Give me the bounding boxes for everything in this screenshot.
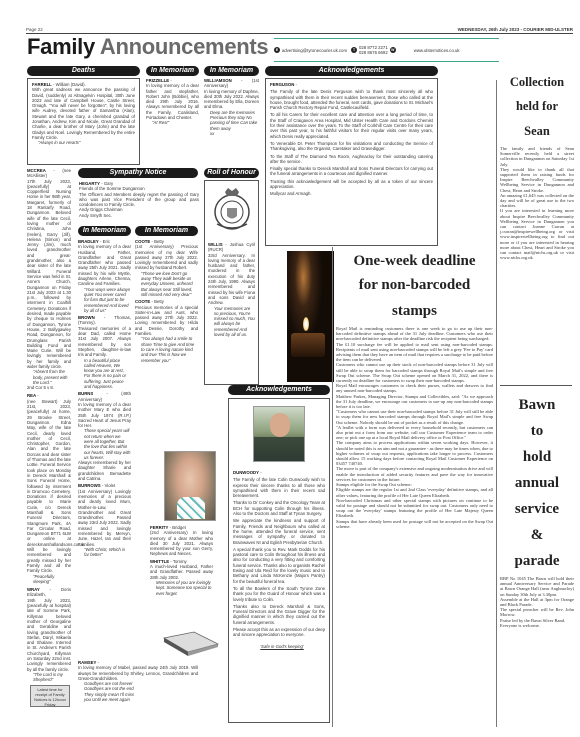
mccrea-verse: "Absent from the body, present with the … (27, 369, 71, 385)
brown-text: Treasured memories of a dear Dad, called… (78, 326, 131, 358)
in-memoriam-header-2: In Memoriam (204, 66, 259, 76)
memoriam-column-a: BRADLEY - Eric In loving memory of a dea… (78, 239, 131, 558)
frizzelle-verse: "At Rest" (146, 120, 199, 125)
burrows-verse: "With Christ, Which is far better" (78, 547, 131, 558)
dunwoody-p4: A special thank you to Rev. Mark Dodds f… (233, 547, 325, 584)
willis-text: 33rd Anniversary. In loving memory of a … (208, 253, 255, 306)
stamps-headline-1: One-week deadline (336, 250, 493, 272)
bawn-headline-4: annual (500, 470, 574, 496)
ferrity-sub: - Bridget (168, 525, 185, 530)
hegarty-sub: - Gary (100, 181, 113, 186)
frizzelle-name: FRIZZELLE (146, 78, 169, 83)
williamson-verse: Deep are the memories Precious they stay… (204, 110, 259, 131)
whittle-name: WHITTLE (150, 559, 169, 564)
wray-verse: "The Lord is my Shepherd" (27, 672, 71, 683)
rea-name: REA (27, 393, 36, 398)
ramsey-notice: RAMSEY - In loving memory of Mabel, pass… (78, 660, 198, 702)
in-memoriam-header-1: In Memoriam (146, 66, 199, 76)
wray-name: WRAY (27, 587, 40, 592)
farrell-text: With great sadness we announce the passi… (32, 87, 135, 140)
phone-numbers: 028 8772 2271 028 8676 6692 (359, 45, 388, 55)
bawn-headline-7: parade (500, 548, 574, 574)
in-memoriam-header-3: In Memoriam (78, 226, 131, 236)
collection-headline-2: held for (500, 94, 574, 118)
collection-article: Collection held for Sean The family and … (500, 70, 574, 260)
sympathy-header: Sympathy Notice (78, 168, 198, 178)
ferrity-photo (164, 451, 216, 521)
stamps-headline-2: for non-barcoded (336, 272, 493, 298)
bawn-headline-2: to (500, 418, 574, 444)
mccrea-ref: 2nd Cor 5 v 8. (27, 385, 71, 390)
date-line: WEDNESDAY, 26th July 2023 - COURIER MID-… (458, 27, 573, 32)
bawn-p5: Everyone is welcome. (500, 623, 574, 628)
book-icon (160, 630, 220, 656)
phone-icon: T (351, 47, 357, 53)
deaths-header: Deaths (27, 66, 140, 76)
collection-p1: The family and friends of Sean Somervill… (500, 146, 574, 167)
brown-verse: In a beautiful place called Heaven, We k… (78, 358, 131, 390)
stamps-article-border (332, 247, 333, 727)
williamson-text: In loving memory of Daphne, died 30th Ju… (204, 89, 259, 110)
stamps-p5: Matthew Parkes, Managing Director, Stamp… (336, 394, 493, 410)
stamps-p2: The £1.10 surcharge fee will be applied … (336, 342, 493, 363)
ferrity-notice: FERRITY - Bridget (2nd Anniversary) In l… (150, 525, 213, 596)
ferguson-acknowledgement: FERGUSON - The Family of the late Denis … (265, 78, 438, 246)
stamps-article: One-week deadline for non-barcoded stamp… (336, 250, 493, 529)
collection-p4: If you are interested in learning more a… (500, 208, 574, 260)
brown-name: BROWN (78, 315, 95, 320)
ferguson-p2: To all his Carers for their excellent ca… (270, 112, 433, 138)
memoriam-column-b: COOTE - Betty (1st Anniversary) Precious… (135, 239, 198, 365)
coote1-sub: - Betty (150, 239, 164, 244)
contact-rule-bottom (274, 61, 499, 62)
web-icon: W (390, 47, 396, 53)
page-title: Family Announcements (27, 35, 268, 59)
ramsey-text: In loving memory of Mabel, passed away 2… (78, 665, 198, 681)
article-divider (500, 385, 572, 386)
coote2-text: Precious memories of a special Sister-in… (135, 305, 198, 337)
whittle-sub: - Tommy (169, 559, 187, 564)
coote2-name: COOTE (135, 299, 150, 304)
in-memoriam-header-4: In Memoriam (135, 226, 198, 236)
rea-sub: - (36, 393, 39, 398)
stamps-p4: Royal Mail encourages customers to check… (336, 383, 493, 393)
dunwoody-p7: Please accept this as an expression of o… (233, 627, 325, 638)
dunwoody-acknowledgement: DUNWOODY - The Family of the late Colin … (228, 398, 330, 723)
website-link[interactable]: www.ulsternotices.co.uk (414, 48, 460, 53)
hegarty-name: HEGARTY (79, 181, 100, 186)
deadline-box: Latest time for receipt of Family Notice… (30, 685, 70, 707)
ramsey-name: RAMSEY (78, 660, 96, 665)
collection-headline-3: Sean (500, 118, 574, 144)
bradley-text: In loving memory of a dear Husband, Fath… (78, 244, 131, 286)
bradley-verse: "Your ways were always quiet You never c… (78, 287, 131, 313)
stamps-p9: The move is part of the company's extens… (336, 466, 493, 482)
stamps-p11: Eligible stamps are the regular 1st and … (336, 487, 493, 497)
coote2-sub: - Betty (150, 299, 164, 304)
bawn-headline-3: hold (500, 444, 574, 470)
stamps-p8: The company aims to process applications… (336, 440, 493, 466)
dunwoody-p6: Thanks also to Dereck Marshall & Sons, F… (233, 604, 325, 625)
roll-of-honour-box: WILLIS - Joshua Cyril (RUCR) 33rd Annive… (204, 180, 259, 385)
burns-name: BURNS (78, 391, 93, 396)
sympathy-text: The Officers and Members deeply regret t… (79, 192, 199, 208)
williamson-name: WILLIAMSON (204, 78, 232, 83)
sympathy-sign2: Andy Smyth Sec. (79, 213, 199, 218)
coote1-name: COOTE (135, 239, 150, 244)
mccrea-name: MCCREA (27, 168, 46, 173)
dunwoody-p3: We appreciate the kindness and support o… (233, 518, 325, 544)
email-icon: E (274, 47, 280, 53)
collection-headline-1: Collection (500, 70, 574, 94)
bawn-headline-6: & (500, 522, 574, 548)
acknowledgements-header: Acknowledgements (265, 66, 438, 76)
bawn-p1: RBP No 1045 The Bawn will hold their ann… (500, 576, 574, 597)
ferguson-sign: Mullycar and Armagh. (270, 191, 433, 196)
column-divider (496, 80, 497, 727)
crest-icon (209, 186, 255, 234)
collection-p3: An amazing £1,645 was collected on the d… (500, 193, 574, 209)
phone-2[interactable]: 028 8676 6692 (359, 50, 388, 55)
dunwoody-photo (253, 406, 305, 462)
title-announcements: Announcements (100, 34, 268, 59)
candle-photo (287, 251, 334, 382)
stamps-p6: "Customers who cannot use their non-barc… (336, 409, 493, 425)
farrell-verse: "Always in our Hearts" (32, 140, 135, 145)
farrell-sub: - William (David). (52, 82, 86, 87)
ferguson-p6: Trusting this acknowledgement will be ac… (270, 179, 433, 190)
willis-verse: Your memories are so precious, You're mi… (208, 306, 255, 338)
ferguson-p3: To Venerable Dr. Peter Thompson for his … (270, 141, 433, 152)
stamps-p1: Royal Mail is reminding customers there … (336, 326, 493, 342)
ramsey-sub: - (96, 660, 99, 665)
farrell-notice: FARRELL - William (David). With great sa… (27, 78, 140, 165)
ferguson-name: FERGUSON (270, 82, 294, 87)
williamson-notice: WILLIAMSON - (1st Anniversary) In loving… (204, 78, 259, 136)
burrows-text: (1st Anniversary) Lovingly memories of a… (78, 489, 131, 547)
stamps-p12: Non-barcoded Christmas and other special… (336, 498, 493, 519)
coote1-verse: "Those we love Don't go away They walk b… (135, 271, 198, 297)
bawn-p2: Assemble at the Hall at 3pm for Orange a… (500, 597, 574, 607)
dunwoody-name: DUNWOODY (233, 470, 259, 475)
deaths-column: MCCREA - (nee McAllister) 17th July 2023… (27, 168, 71, 683)
title-family: Family (27, 34, 95, 59)
burrows-sub: - Violet (101, 483, 116, 488)
frizzelle-notice: FRIZZELLE - In loving memory of a dear f… (146, 78, 199, 126)
ferguson-p4: To the Staff of The Diamond Tea Room, Au… (270, 154, 433, 165)
contact-rule-top (274, 38, 499, 39)
burns-tail: Always remembered by her daughter Sharie… (78, 460, 131, 481)
stamps-headline-3: stamps (336, 298, 493, 324)
stamps-p7: "A leaflet with a form was delivered to … (336, 425, 493, 441)
ferguson-sub: - (294, 82, 297, 87)
coote1-text: (1st Anniversary) Precious memories of m… (135, 244, 198, 270)
burns-verse: Those special years will not return when… (78, 428, 131, 460)
rea-text: (nee Stewart) July 21st, 2023, (peaceful… (27, 399, 71, 574)
ferguson-p1: The Family of the late Denis Ferguson wi… (270, 89, 433, 110)
ramsey-verse: Goodbyes are not forever Goodbyes are no… (78, 681, 138, 702)
rea-verse: "Peacefully sleeping" (27, 574, 71, 585)
ferguson-p5: Finally special thanks to Dereck Marshal… (270, 166, 433, 177)
burrows-name: BURROWS (78, 483, 101, 488)
ferrity-text: (2nd Anniversary) In loving memory of a … (150, 530, 213, 556)
roll-of-honour-header: Roll of Honour (204, 168, 259, 178)
bawn-article: Bawn to hold annual service & parade RBP… (500, 392, 574, 628)
stamps-p3: Customers who cannot use up their stock … (336, 362, 493, 383)
contact-bar: E advertising@tyronecourier.uk.com T 028… (274, 43, 574, 57)
mccrea-text: 17th July 2023, (peacefully) at Copperfi… (27, 179, 71, 370)
whittle-text: A much-loved Husband, Father and Grandfa… (150, 564, 213, 580)
bawn-headline-5: service (500, 496, 574, 522)
bawn-headline-1: Bawn (500, 392, 574, 418)
dunwoody-sign: 'Safe in God's keeping' (233, 644, 325, 649)
page-number: Page 22 (26, 27, 43, 32)
farrell-name: FARRELL (32, 82, 52, 87)
dunwoody-p5: To all the Bowlers of the South Tyrone Z… (233, 586, 325, 602)
bawn-p3: The special preacher will be Rev. John M… (500, 607, 574, 617)
burns-text: In loving memory of a dear mother Mary E… (78, 402, 131, 428)
collection-p2: They would like to thank all that suppor… (500, 167, 574, 193)
whittle-verse: Memories of you are lovingly kept. Someo… (150, 580, 213, 596)
bradley-sub: - Eric (99, 239, 110, 244)
willis-name: WILLIS (208, 242, 223, 247)
sympathy-notice: HEGARTY - Gary Friends of the Somme Dung… (79, 181, 199, 218)
coote2-verse: "You always had a smile to share Time to… (135, 336, 198, 362)
dunwoody-p1: The Family of the late Colin Dunwoody wi… (233, 477, 325, 498)
bradley-name: BRADLEY (78, 239, 99, 244)
dunwoody-p2: Thanks to Dr Conkey and the Oncology Tea… (233, 500, 325, 516)
email-link[interactable]: advertising@tyronecourier.uk.com (282, 48, 347, 53)
wray-text: 19th July 2023, (peacefully at hospital)… (27, 598, 71, 672)
williamson-xx: xx (204, 131, 259, 136)
stamps-p13: Stamps that have already been used for p… (336, 519, 493, 529)
ferrity-name: FERRITY (150, 525, 168, 530)
frizzelle-text: In loving memory of a dear father and st… (146, 83, 199, 120)
dunwoody-sub: - (259, 470, 262, 475)
acknowledgements-header-2: Acknowledgements (228, 385, 330, 395)
frizzelle-sub: - (169, 78, 172, 83)
